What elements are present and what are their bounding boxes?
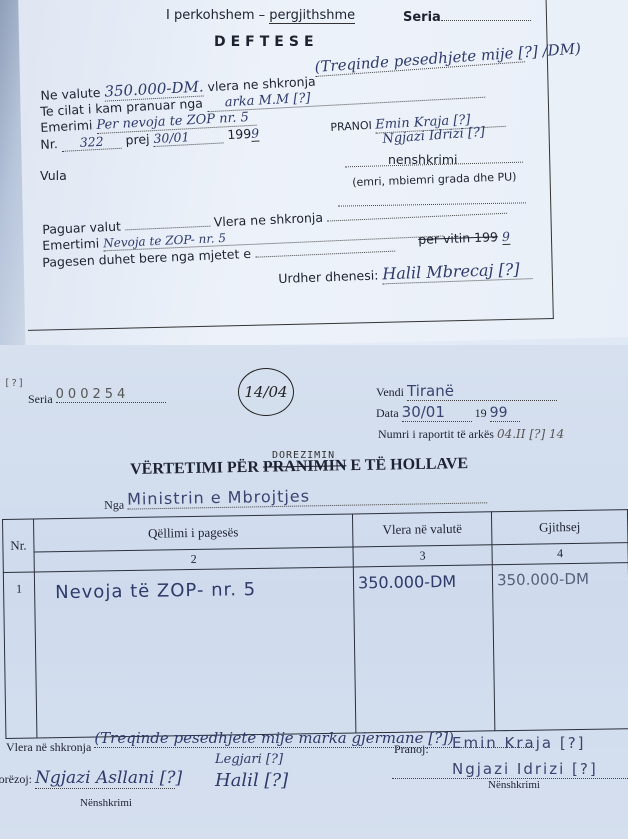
header-nr: Nr. <box>3 519 35 572</box>
seria-bottom-value: 000254 <box>56 387 166 403</box>
header-vlera: Vlera në valutë <box>352 512 492 547</box>
title-prefix: VËRTETIMI PËR <box>130 459 259 478</box>
middle-signature-1: Legjari [?] <box>215 752 283 767</box>
circled-note: 14/04 <box>238 368 294 416</box>
seria-top-label: Seria <box>403 10 441 25</box>
seria-bottom: Seria 000254 <box>28 392 166 408</box>
header-gjithsej: Gjithsej <box>491 510 628 545</box>
raport-value: 04.II [?] 14 <box>497 427 564 441</box>
data-value: 30/01 <box>402 403 472 422</box>
cell-nr <box>4 605 37 738</box>
data-year-value: 99 <box>490 405 520 422</box>
stamp-marks: [?] <box>4 378 25 389</box>
col-number-4: 4 <box>492 543 628 565</box>
cell-gjithsej: 350.000-DM <box>492 563 628 731</box>
header-qellimi: Qëllimi i pagesës <box>34 514 353 552</box>
middle-signature-2: Halil [?] <box>215 770 288 791</box>
vendi-value: Tiranë <box>407 382 557 401</box>
data-year-prefix: 19 <box>475 406 487 420</box>
year-suffix: 9 <box>251 126 260 142</box>
seria-bottom-label: Seria <box>28 392 53 406</box>
dorezoj-signature: Ngjazi Asllani [?] <box>35 768 175 789</box>
dorezoj-label: Dorëzoj: <box>0 772 32 786</box>
seria-top: Seria <box>403 10 531 25</box>
title-suffix: E TË HOLLAVE <box>350 455 468 474</box>
per-vitin-value: 9 <box>502 229 511 245</box>
dorezoj-line: Dorëzoj: Ngjazi Asllani [?] <box>0 768 175 789</box>
urdher-label: Urdher dhenesi: <box>278 268 379 286</box>
per-vitin: per vitin 199 9 <box>418 229 510 247</box>
col-number-3: 3 <box>353 545 492 567</box>
nenshkrimi-label-1: Nënshkrimi <box>80 797 132 809</box>
vendi-line: Vendi Tiranë <box>376 382 557 401</box>
cell-qellimi: Nevoja të ZOP- nr. 5 <box>34 567 356 738</box>
pranoj-value-1: Emin Kraja [?] <box>452 734 586 752</box>
pranoi-label: PRANOI <box>330 119 372 134</box>
form-type-label: I perkohshem – <box>166 8 265 23</box>
prej-label: prej <box>125 131 150 147</box>
raport-line: Numri i raportit të arkës 04.II [?] 14 <box>378 427 564 442</box>
emertimi-label: Emertimi <box>42 236 100 253</box>
seria-top-field <box>441 20 531 21</box>
per-vitin-label: per vitin 199 <box>418 229 498 247</box>
year-prefix: 199 <box>227 126 252 142</box>
raport-label: Numri i raportit të arkës <box>378 427 494 441</box>
vendi-label: Vendi <box>376 385 404 399</box>
pranoj-value-2: Ngjazi Idrizi [?] <box>392 760 628 779</box>
nr-value: 322 <box>61 133 122 152</box>
vula-label: Vula <box>40 168 67 183</box>
title-struck: PRANIMIN <box>263 457 347 475</box>
nenshkrimi-label-2: Nënshkrimi <box>488 779 540 791</box>
pranoj-label: Pranoj: <box>394 742 429 757</box>
nr-label: Nr. <box>40 136 58 152</box>
cell-vlera: 350.000-DM <box>353 565 495 733</box>
payment-table: Nr. Qëllimi i pagesës Vlera në valutë Gj… <box>2 509 628 739</box>
emerimi-label: Emerimi <box>40 117 93 135</box>
data-label: Data <box>376 406 399 420</box>
form-type-value: pergjithshme <box>269 8 355 24</box>
row-number-1: 1 <box>3 572 35 606</box>
receipt-title: DEFTESE <box>214 34 319 50</box>
paguar-valut-field <box>125 226 210 231</box>
vlera-shkronja-bottom-label: Vlera në shkronja <box>6 740 91 754</box>
form-type: I perkohshem – pergjithshme <box>166 8 355 23</box>
nga-label: Nga <box>104 498 124 512</box>
data-line: Data 30/01 19 99 <box>376 403 520 422</box>
